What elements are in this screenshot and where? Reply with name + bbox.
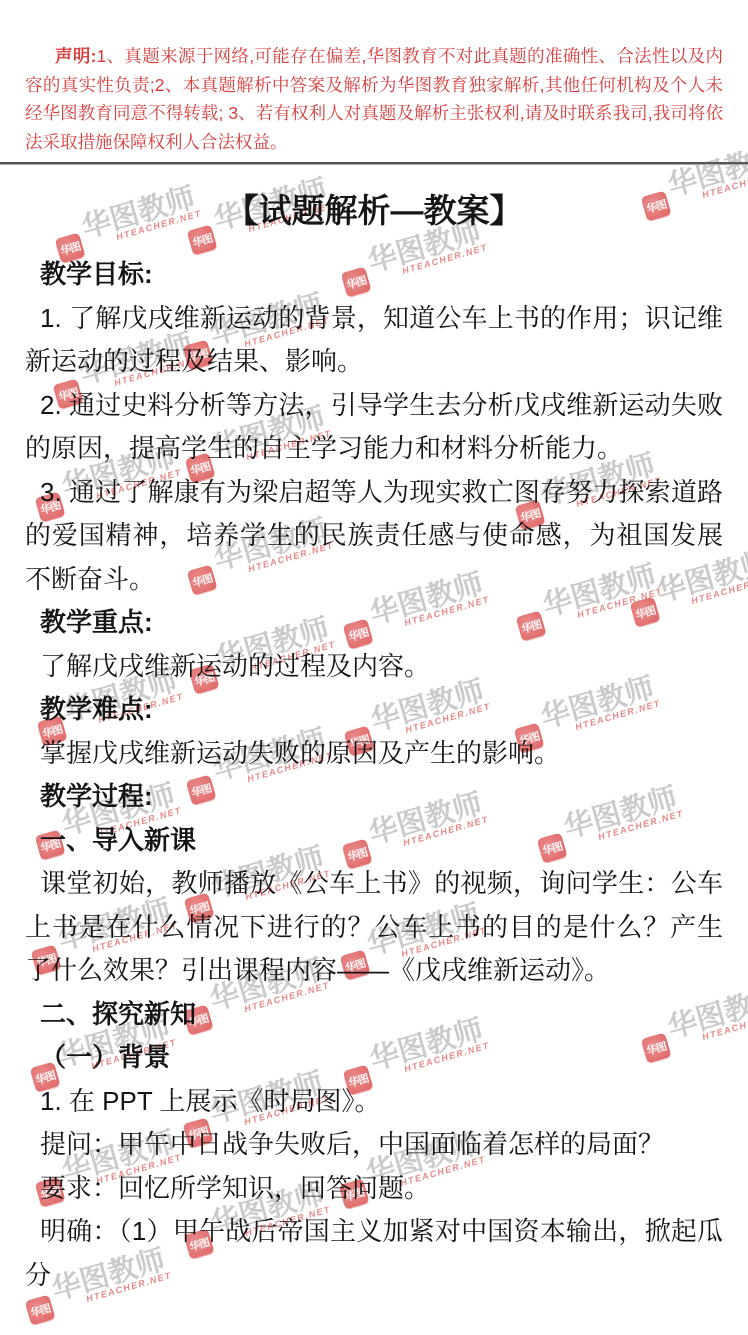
disclaimer-label: 声明: (55, 46, 97, 66)
paragraph: 掌握戊戌维新运动失败的原因及产生的影响。 (25, 732, 723, 776)
divider (0, 162, 748, 165)
document-page: 华图华图教师HTEACHER.NET华图华图教师HTEACHER.NET华图华图… (0, 0, 748, 1335)
paragraph: 明确：（1）甲午战后帝国主义加紧对中国资本输出，掀起瓜分 (25, 1210, 723, 1297)
paragraph: 1. 了解戊戌维新运动的背景，知道公车上书的作用；识记维新运动的过程及结果、影响… (25, 297, 723, 384)
section-heading: （一）背景 (25, 1036, 723, 1080)
paragraph: 1. 在 PPT 上展示《时局图》。 (25, 1080, 723, 1124)
disclaimer-text: 1、真题来源于网络,可能存在偏差,华图教育不对此真题的准确性、合法性以及内容的真… (25, 46, 723, 152)
section-heading: 一、导入新课 (25, 819, 723, 863)
paragraph: 了解戊戌维新运动的过程及内容。 (25, 645, 723, 689)
paragraph: 要求：回忆所学知识，回答问题。 (25, 1167, 723, 1211)
section-heading: 教学过程: (25, 775, 723, 819)
disclaimer: 声明:1、真题来源于网络,可能存在偏差,华图教育不对此真题的准确性、合法性以及内… (25, 42, 723, 156)
page-title: 【试题解析—教案】 (25, 191, 723, 231)
document-content: 声明:1、真题来源于网络,可能存在偏差,华图教育不对此真题的准确性、合法性以及内… (0, 42, 748, 1297)
section-heading: 教学难点: (25, 688, 723, 732)
paragraph: 2. 通过史料分析等方法，引导学生去分析戊戌维新运动失败的原因，提高学生的自主学… (25, 384, 723, 471)
paragraph: 课堂初始，教师播放《公车上书》的视频，询问学生：公车上书是在什么情况下进行的？公… (25, 862, 723, 993)
huatu-logo-icon: 华图 (25, 1295, 56, 1326)
section-heading: 二、探究新知 (25, 993, 723, 1037)
paragraph: 提问：甲午中日战争失败后，中国面临着怎样的局面？ (25, 1123, 723, 1167)
section-heading: 教学重点: (25, 601, 723, 645)
lesson-plan-body: 教学目标:1. 了解戊戌维新运动的背景，知道公车上书的作用；识记维新运动的过程及… (25, 253, 723, 1297)
paragraph: 3. 通过了解康有为梁启超等人为现实救亡图存努力探索道路的爱国精神，培养学生的民… (25, 471, 723, 602)
section-heading: 教学目标: (25, 253, 723, 297)
